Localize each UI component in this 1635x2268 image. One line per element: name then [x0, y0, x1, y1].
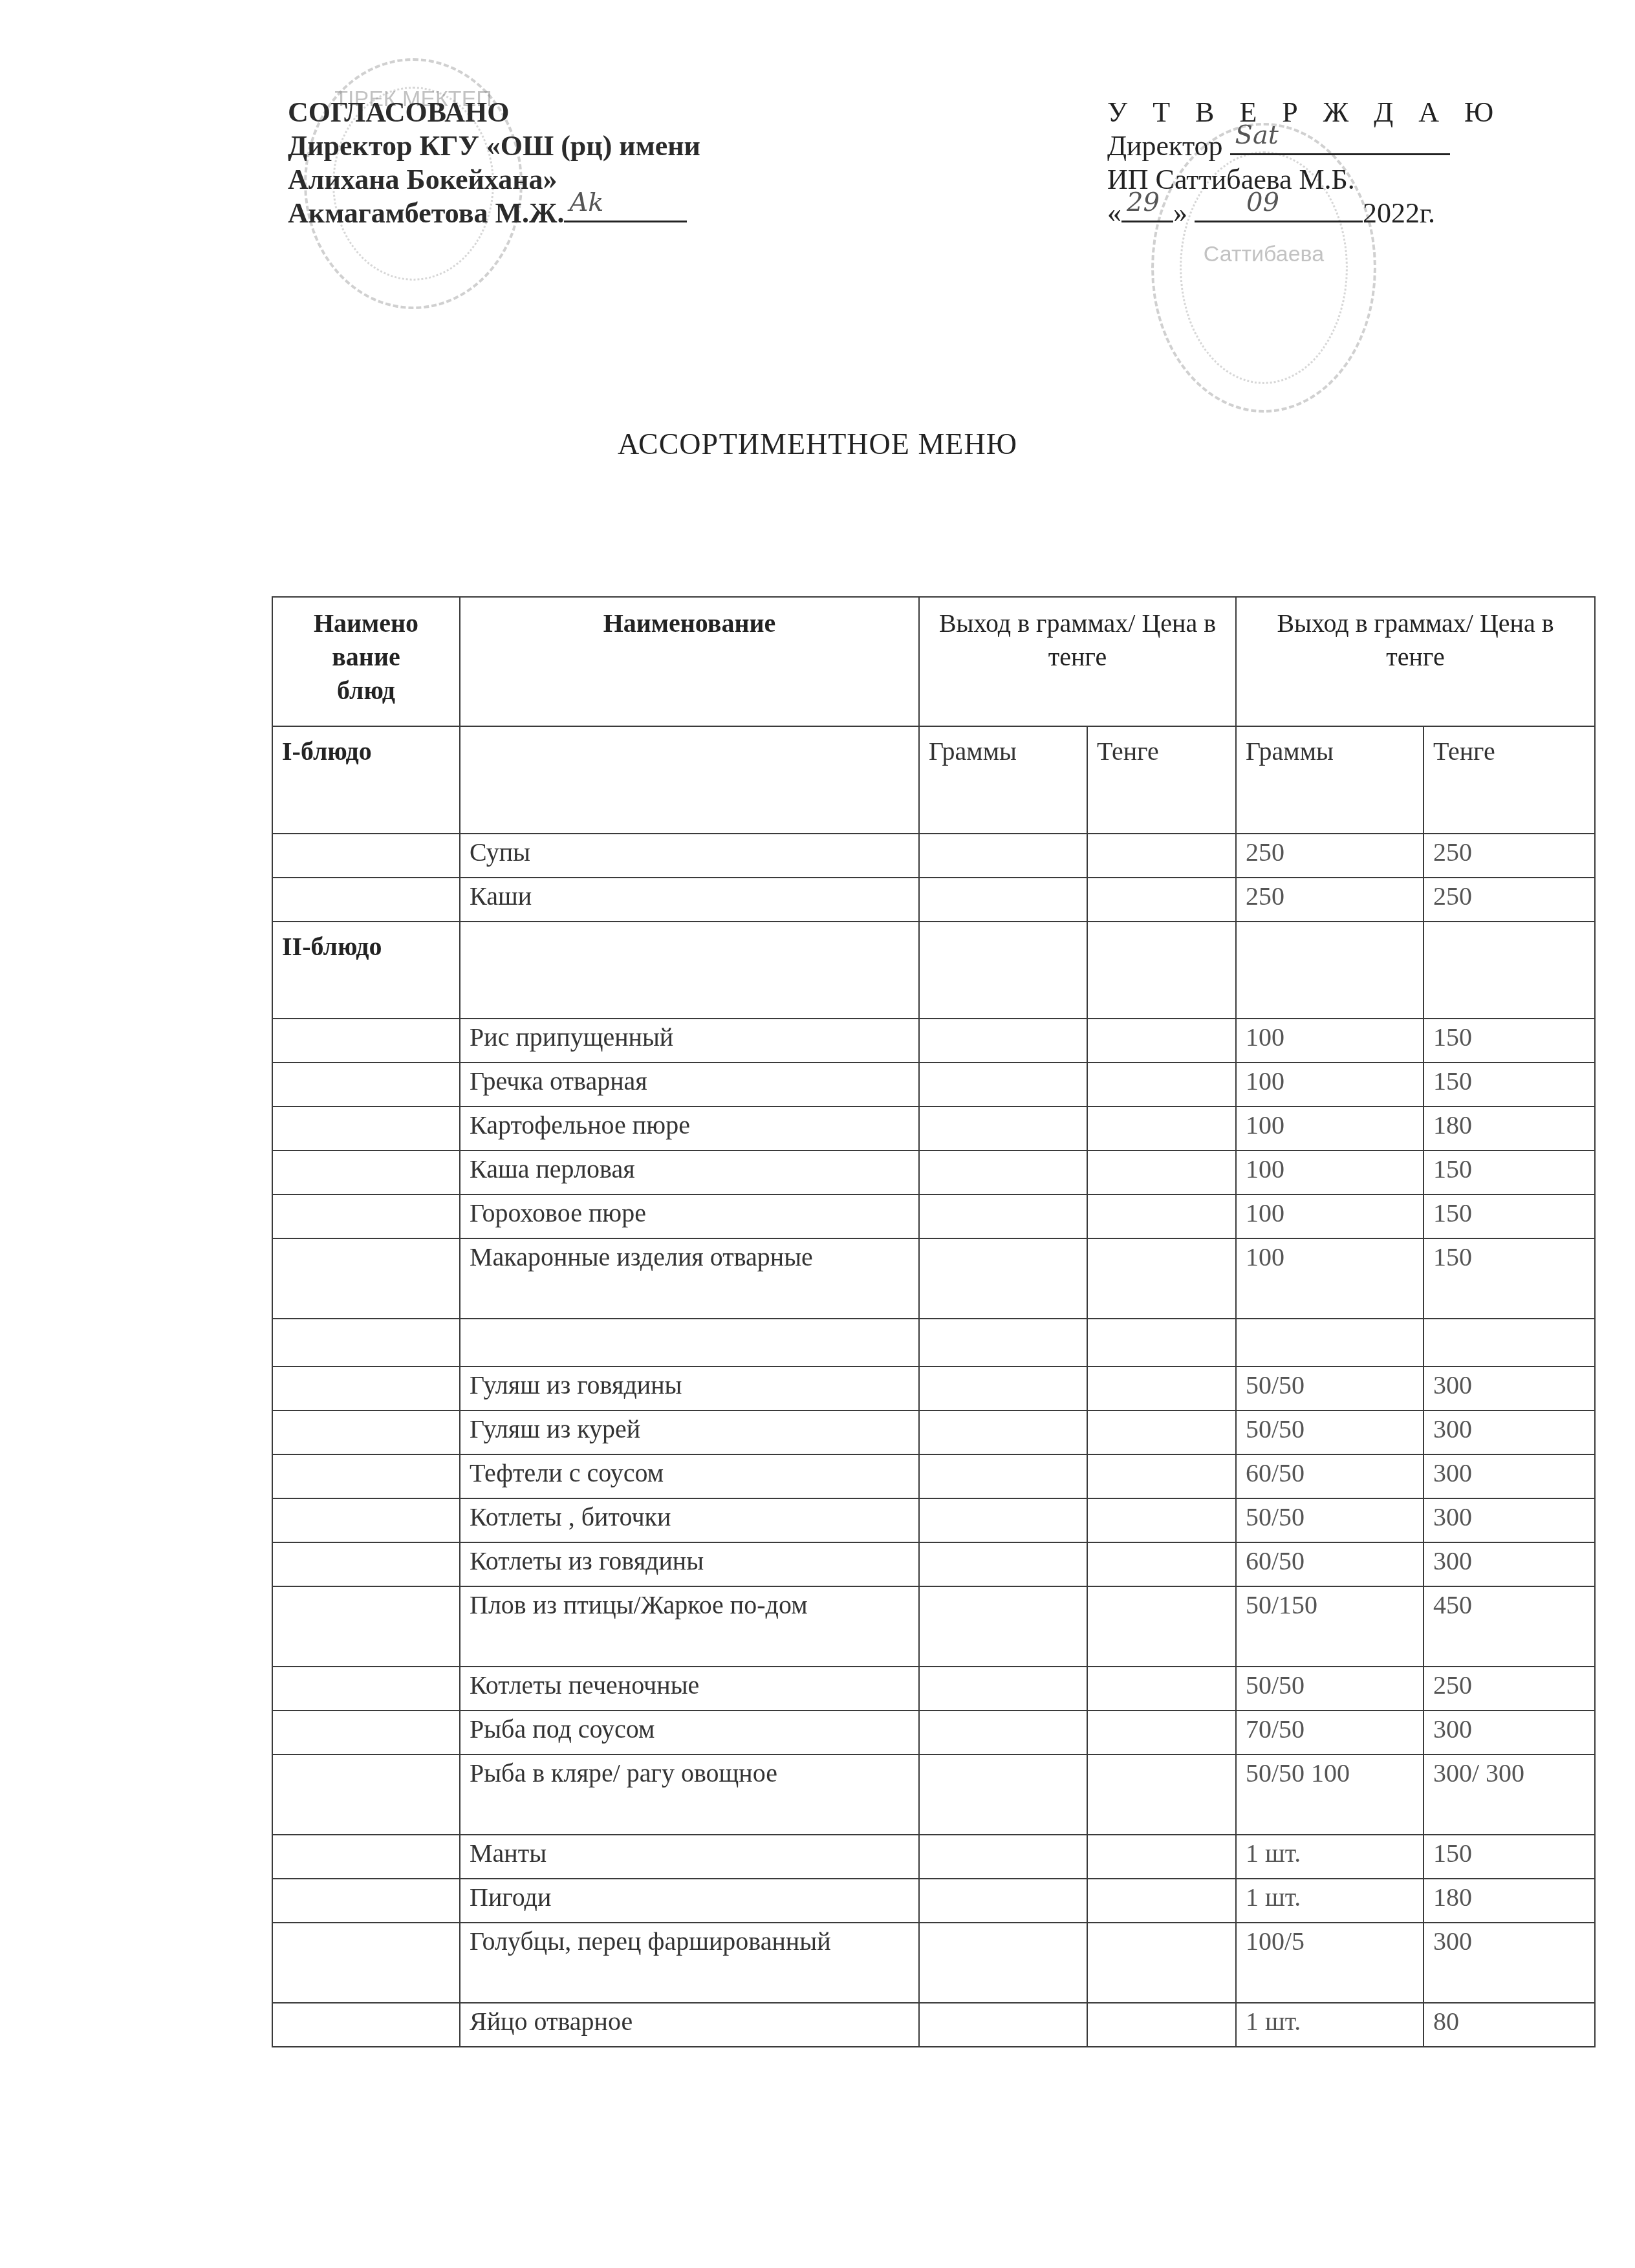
category-cell — [272, 834, 460, 878]
date-day-line: 29 — [1121, 221, 1173, 222]
tenge-left-cell — [1087, 1498, 1236, 1542]
tenge-left-cell — [1087, 1319, 1236, 1366]
dish-price-tenge: 150 — [1424, 1150, 1595, 1194]
dish-grams: 50/150 — [1236, 1586, 1424, 1667]
category-cell — [272, 1498, 460, 1542]
category-cell — [272, 1542, 460, 1586]
category-cell — [272, 1755, 460, 1835]
empty-cell — [1087, 922, 1236, 1019]
dish-name: Рыба в кляре/ рагу овощное — [460, 1755, 919, 1835]
table-row: Рыба под соусом70/50300 — [272, 1711, 1595, 1755]
tenge-left-cell — [1087, 1879, 1236, 1923]
dish-grams: 250 — [1236, 878, 1424, 922]
table-row: Каши250250 — [272, 878, 1595, 922]
table-row: Каша перловая100150 — [272, 1150, 1595, 1194]
category-cell — [272, 1063, 460, 1107]
category-cell — [272, 1879, 460, 1923]
dish-price-tenge: 300/ 300 — [1424, 1755, 1595, 1835]
dish-price-tenge: 150 — [1424, 1835, 1595, 1879]
dish-name: Рыба под соусом — [460, 1711, 919, 1755]
grams-left-cell — [919, 1755, 1087, 1835]
dish-price-tenge: 300 — [1424, 1711, 1595, 1755]
table-row: Гречка отварная100150 — [272, 1063, 1595, 1107]
grams-left-cell — [919, 1879, 1087, 1923]
agreed-line-1: Директор КГУ «ОШ (рц) имени — [288, 129, 700, 163]
dish-grams: 60/50 — [1236, 1454, 1424, 1498]
date-close-quote: » — [1173, 197, 1187, 229]
category-name-cell — [460, 922, 919, 1019]
grams-left-cell — [919, 1711, 1087, 1755]
tenge-left-cell — [1087, 1366, 1236, 1410]
table-row: Яйцо отварное1 шт.80 — [272, 2003, 1595, 2047]
dish-price-tenge: 450 — [1424, 1586, 1595, 1667]
dish-price-tenge: 250 — [1424, 1667, 1595, 1711]
dish-name: Каша перловая — [460, 1150, 919, 1194]
grams-left-cell — [919, 1454, 1087, 1498]
approved-signature-line: Sat — [1230, 153, 1450, 155]
dish-grams: 1 шт. — [1236, 2003, 1424, 2047]
category-row: II-блюдо — [272, 922, 1595, 1019]
grams-left-cell — [919, 878, 1087, 922]
grams-left-cell — [919, 1194, 1087, 1238]
dish-name: Пигоди — [460, 1879, 919, 1923]
grams-left-cell — [919, 834, 1087, 878]
table-header-row: Наимено вание блюд Наименование Выход в … — [272, 597, 1595, 726]
dish-price-tenge: 150 — [1424, 1194, 1595, 1238]
dish-grams: 50/50 — [1236, 1410, 1424, 1454]
dish-grams: 60/50 — [1236, 1542, 1424, 1586]
dish-name: Тефтели с соусом — [460, 1454, 919, 1498]
dish-grams: 50/50 — [1236, 1498, 1424, 1542]
grams-left-cell — [919, 1542, 1087, 1586]
tenge-left-cell — [1087, 1542, 1236, 1586]
dish-price-tenge: 250 — [1424, 878, 1595, 922]
dish-grams: 100/5 — [1236, 1923, 1424, 2003]
dish-price-tenge: 150 — [1424, 1238, 1595, 1319]
table-row: Тефтели с соусом60/50300 — [272, 1454, 1595, 1498]
tenge-left-cell — [1087, 1150, 1236, 1194]
grams-left-cell — [919, 1498, 1087, 1542]
date-day: 29 — [1127, 186, 1160, 219]
category-cell — [272, 1107, 460, 1150]
header-yield-price-group-2: Выход в граммах/ Цена в тенге — [1236, 597, 1595, 726]
category-cell — [272, 1923, 460, 2003]
dish-name: Гуляш из говядины — [460, 1366, 919, 1410]
tenge-left-cell — [1087, 1711, 1236, 1755]
approval-approved-block: У Т В Е Р Ж Д А Ю Директор Sat ИП Саттиб… — [1107, 96, 1502, 230]
dish-grams — [1236, 1319, 1424, 1366]
header-dish-category-line: вание — [282, 640, 450, 674]
tenge-left-cell — [1087, 1835, 1236, 1879]
empty-cell — [1424, 922, 1595, 1019]
dish-grams: 250 — [1236, 834, 1424, 878]
approved-heading: У Т В Е Р Ж Д А Ю — [1107, 96, 1502, 129]
tenge-left-cell — [1087, 1238, 1236, 1319]
grams-left-cell — [919, 1410, 1087, 1454]
table-row: Гуляш из говядины50/50300 — [272, 1366, 1595, 1410]
table-row: Гуляш из курей50/50300 — [272, 1410, 1595, 1454]
dish-grams: 100 — [1236, 1063, 1424, 1107]
category-cell — [272, 1454, 460, 1498]
table-row: Котлеты печеночные50/50250 — [272, 1667, 1595, 1711]
dish-name: Голубцы, перец фаршированный — [460, 1923, 919, 2003]
dish-name: Рис припущенный — [460, 1019, 919, 1063]
dish-price-tenge: 250 — [1424, 834, 1595, 878]
dish-name: Котлеты , биточки — [460, 1498, 919, 1542]
table-row — [272, 1319, 1595, 1366]
table-row: Котлеты из говядины60/50300 — [272, 1542, 1595, 1586]
grams-left-cell — [919, 1019, 1087, 1063]
dish-name: Картофельное пюре — [460, 1107, 919, 1150]
category-cell — [272, 1238, 460, 1319]
header-name: Наименование — [460, 597, 919, 726]
agreed-line-2: Алихана Бокейхана» — [288, 163, 700, 197]
grams-left-cell — [919, 1586, 1087, 1667]
dish-grams: 50/50 100 — [1236, 1755, 1424, 1835]
table-row: Рис припущенный100150 — [272, 1019, 1595, 1063]
tenge-left-cell — [1087, 1410, 1236, 1454]
date-open-quote: « — [1107, 197, 1121, 229]
table-row: Котлеты , биточки50/50300 — [272, 1498, 1595, 1542]
tenge-left-cell — [1087, 1586, 1236, 1667]
dish-price-tenge: 150 — [1424, 1019, 1595, 1063]
dish-price-tenge: 150 — [1424, 1063, 1595, 1107]
dish-price-tenge: 180 — [1424, 1107, 1595, 1150]
category-cell — [272, 1667, 460, 1711]
category-cell — [272, 1410, 460, 1454]
dish-grams: 100 — [1236, 1238, 1424, 1319]
dish-name: Гречка отварная — [460, 1063, 919, 1107]
grams-left-cell — [919, 1366, 1087, 1410]
dish-name: Плов из птицы/Жаркое по-дом — [460, 1586, 919, 1667]
tenge-left-cell — [1087, 1923, 1236, 2003]
category-cell — [272, 1711, 460, 1755]
page-title: АССОРТИМЕНТНОЕ МЕНЮ — [0, 427, 1635, 461]
empty-cell — [1236, 922, 1424, 1019]
category-name-cell — [460, 726, 919, 834]
dish-grams: 50/50 — [1236, 1667, 1424, 1711]
tenge-left-cell — [1087, 834, 1236, 878]
dish-price-tenge: 300 — [1424, 1454, 1595, 1498]
table-row: Супы250250 — [272, 834, 1595, 878]
tenge-left-cell — [1087, 1454, 1236, 1498]
table-row: Манты1 шт.150 — [272, 1835, 1595, 1879]
dish-name: Яйцо отварное — [460, 2003, 919, 2047]
dish-grams: 50/50 — [1236, 1366, 1424, 1410]
agreed-heading: СОГЛАСОВАНО — [288, 96, 700, 129]
category-label: II-блюдо — [272, 922, 460, 1019]
date-year: 2022г. — [1363, 197, 1435, 229]
category-cell — [272, 2003, 460, 2047]
grams-left-cell — [919, 1667, 1087, 1711]
tenge-left-cell — [1087, 1063, 1236, 1107]
tenge-left-cell — [1087, 878, 1236, 922]
menu-table-body: I-блюдоГраммыТенгеГраммыТенгеСупы250250К… — [272, 726, 1595, 2047]
dish-grams: 1 шт. — [1236, 1879, 1424, 1923]
dish-name: Гуляш из курей — [460, 1410, 919, 1454]
dish-price-tenge: 300 — [1424, 1410, 1595, 1454]
approved-date: «29» 092022г. — [1107, 197, 1502, 230]
dish-price-tenge — [1424, 1319, 1595, 1366]
tenge-left-cell — [1087, 1019, 1236, 1063]
dish-name — [460, 1319, 919, 1366]
dish-price-tenge: 80 — [1424, 2003, 1595, 2047]
header-yield-price-group-1: Выход в граммах/ Цена в тенге — [919, 597, 1236, 726]
dish-name: Каши — [460, 878, 919, 922]
dish-price-tenge: 300 — [1424, 1366, 1595, 1410]
tenge-left-cell — [1087, 1107, 1236, 1150]
header-dish-category-line: блюд — [282, 674, 450, 707]
agreed-signature-line: Ak — [564, 221, 687, 222]
category-cell — [272, 1835, 460, 1879]
grams-left-cell — [919, 1238, 1087, 1319]
tenge-left-cell — [1087, 1755, 1236, 1835]
dish-name: Супы — [460, 834, 919, 878]
dish-grams: 70/50 — [1236, 1711, 1424, 1755]
dish-price-tenge: 300 — [1424, 1498, 1595, 1542]
agreed-line-3: Акмагамбетова М.Ж. — [288, 197, 564, 229]
approved-signature: Sat — [1235, 118, 1279, 152]
seal-stamp-right-text: Саттибаева — [1154, 242, 1374, 267]
dish-grams: 100 — [1236, 1107, 1424, 1150]
category-cell — [272, 878, 460, 922]
dish-name: Манты — [460, 1835, 919, 1879]
category-cell — [272, 1194, 460, 1238]
agreed-signature: Ak — [569, 186, 603, 219]
approved-line-2: ИП Саттибаева М.Б. — [1107, 163, 1502, 197]
grams-left-cell — [919, 1150, 1087, 1194]
category-cell — [272, 1586, 460, 1667]
dish-grams: 100 — [1236, 1150, 1424, 1194]
dish-grams: 1 шт. — [1236, 1835, 1424, 1879]
category-cell — [272, 1150, 460, 1194]
category-cell — [272, 1319, 460, 1366]
header-dish-category-line: Наимено — [282, 607, 450, 640]
grams-left-cell — [919, 1923, 1087, 2003]
dish-name: Котлеты печеночные — [460, 1667, 919, 1711]
table-row: Рыба в кляре/ рагу овощное50/50 100300/ … — [272, 1755, 1595, 1835]
empty-cell — [919, 922, 1087, 1019]
grams-left-cell — [919, 1063, 1087, 1107]
tenge-left-cell — [1087, 2003, 1236, 2047]
grams-left-cell — [919, 1107, 1087, 1150]
dish-name: Гороховое пюре — [460, 1194, 919, 1238]
dish-name: Макаронные изделия отварные — [460, 1238, 919, 1319]
subheader-grams-left: Граммы — [919, 726, 1087, 834]
category-cell — [272, 1019, 460, 1063]
subheader-tenge-left: Тенге — [1087, 726, 1236, 834]
table-row: Пигоди1 шт.180 — [272, 1879, 1595, 1923]
dish-price-tenge: 300 — [1424, 1542, 1595, 1586]
tenge-left-cell — [1087, 1667, 1236, 1711]
table-row: Макаронные изделия отварные100150 — [272, 1238, 1595, 1319]
category-cell — [272, 1366, 460, 1410]
approval-agreed-block: СОГЛАСОВАНО Директор КГУ «ОШ (рц) имени … — [288, 96, 700, 230]
grams-left-cell — [919, 1319, 1087, 1366]
subheader-grams-right: Граммы — [1236, 726, 1424, 834]
grams-left-cell — [919, 2003, 1087, 2047]
dish-price-tenge: 300 — [1424, 1923, 1595, 2003]
table-row: Гороховое пюре100150 — [272, 1194, 1595, 1238]
approved-line-1: Директор — [1107, 130, 1223, 162]
dish-price-tenge: 180 — [1424, 1879, 1595, 1923]
table-row: Плов из птицы/Жаркое по-дом50/150450 — [272, 1586, 1595, 1667]
date-month-line: 09 — [1195, 221, 1363, 222]
category-row: I-блюдоГраммыТенгеГраммыТенге — [272, 726, 1595, 834]
grams-left-cell — [919, 1835, 1087, 1879]
table-row: Картофельное пюре100180 — [272, 1107, 1595, 1150]
category-label: I-блюдо — [272, 726, 460, 834]
tenge-left-cell — [1087, 1194, 1236, 1238]
header-dish-category: Наимено вание блюд — [272, 597, 460, 726]
dish-grams: 100 — [1236, 1019, 1424, 1063]
dish-grams: 100 — [1236, 1194, 1424, 1238]
dish-name: Котлеты из говядины — [460, 1542, 919, 1586]
date-month: 09 — [1246, 186, 1279, 219]
subheader-tenge-right: Тенге — [1424, 726, 1595, 834]
menu-table: Наимено вание блюд Наименование Выход в … — [272, 596, 1596, 2047]
table-row: Голубцы, перец фаршированный100/5300 — [272, 1923, 1595, 2003]
